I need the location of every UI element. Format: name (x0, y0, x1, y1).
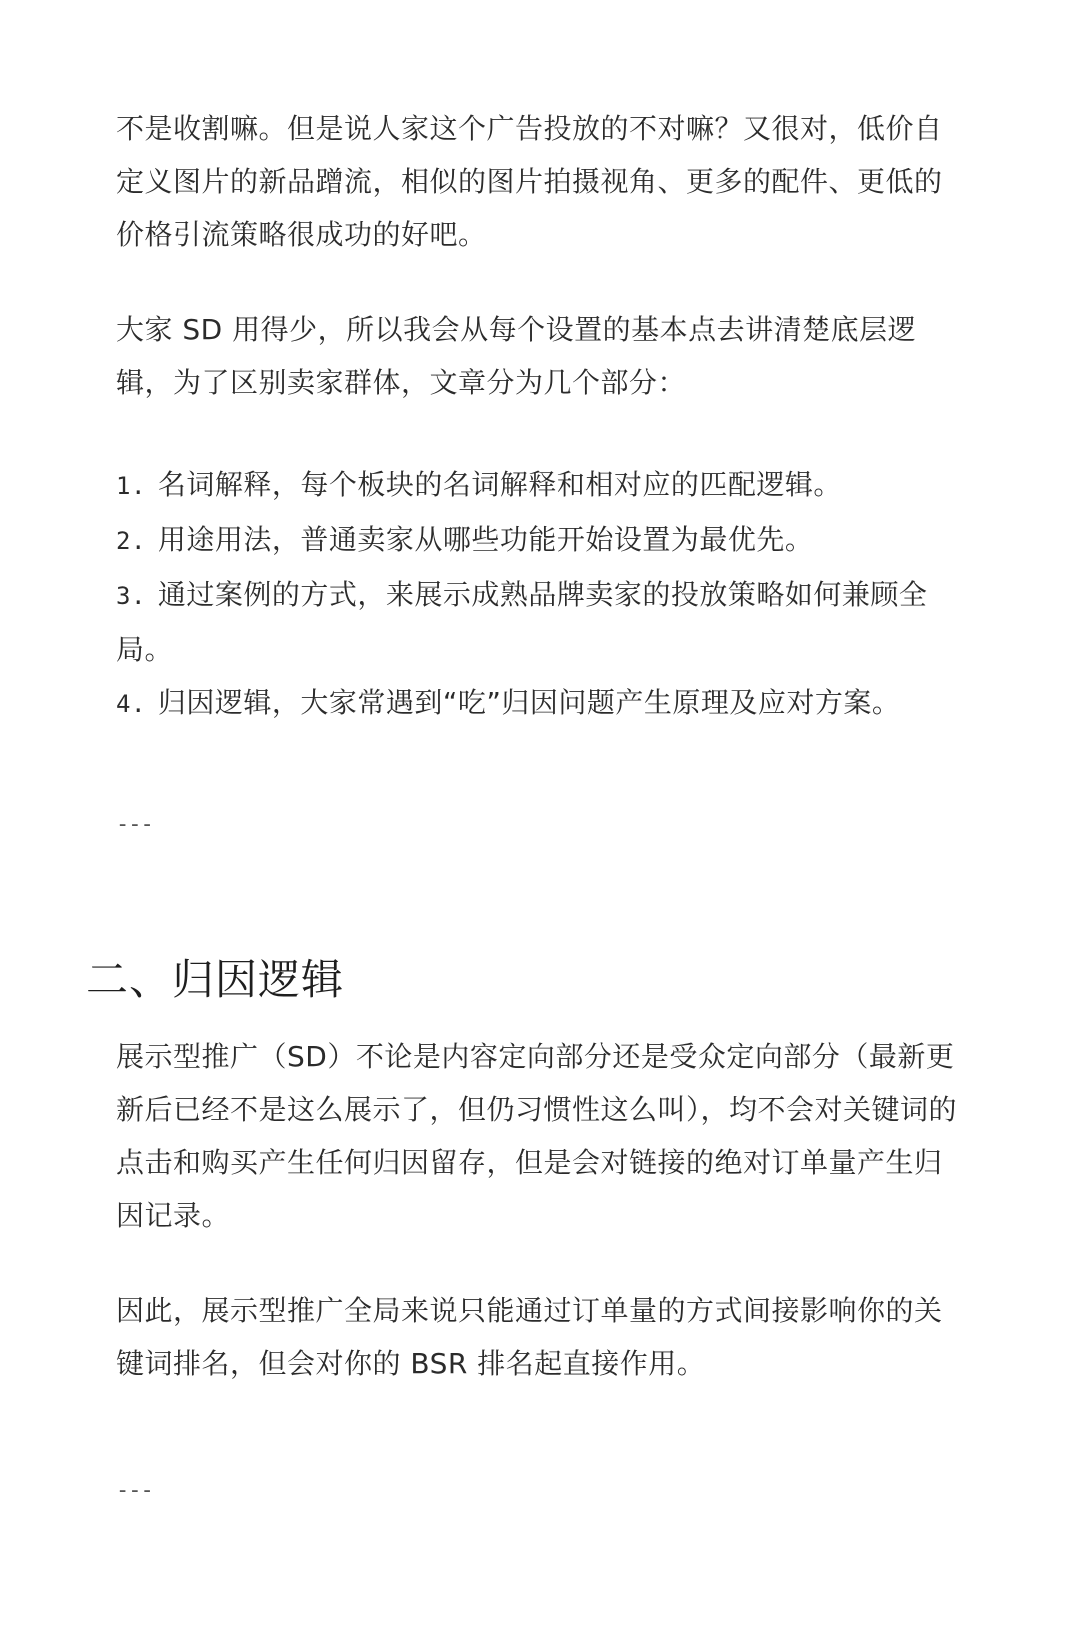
list-item: 1.名词解释，每个板块的名词解释和相对应的匹配逻辑。 (116, 458, 966, 513)
divider-marker: --- (116, 812, 153, 837)
list-number: 3. (116, 582, 146, 610)
list-text: 用途用法，普通卖家从哪些功能开始设置为最优先。 (158, 523, 814, 556)
outline-list: 1.名词解释，每个板块的名词解释和相对应的匹配逻辑。 2.用途用法，普通卖家从哪… (116, 458, 966, 731)
intro-paragraph-2: 大家 SD 用得少，所以我会从每个设置的基本点去讲清楚底层逻辑，为了区别卖家群体… (116, 303, 966, 409)
list-text: 归因逻辑，大家常遇到“吃”归因问题产生原理及应对方案。 (158, 686, 901, 719)
section-paragraph-1: 展示型推广（SD）不论是内容定向部分还是受众定向部分（最新更新后已经不是这么展示… (116, 1030, 966, 1242)
intro-paragraph-1: 不是收割嘛。但是说人家这个广告投放的不对嘛？又很对，低价自定义图片的新品蹭流，相… (116, 102, 966, 261)
list-item: 3.通过案例的方式，来展示成熟品牌卖家的投放策略如何兼顾全局。 (116, 568, 966, 676)
divider-marker: --- (116, 1478, 153, 1503)
list-number: 2. (116, 527, 146, 555)
list-item: 2.用途用法，普通卖家从哪些功能开始设置为最优先。 (116, 513, 966, 568)
list-number: 1. (116, 472, 146, 500)
list-text: 名词解释，每个板块的名词解释和相对应的匹配逻辑。 (158, 468, 842, 501)
list-number: 4. (116, 690, 146, 718)
list-text: 通过案例的方式，来展示成熟品牌卖家的投放策略如何兼顾全局。 (116, 578, 927, 666)
list-item: 4.归因逻辑，大家常遇到“吃”归因问题产生原理及应对方案。 (116, 676, 966, 731)
section-paragraph-2: 因此，展示型推广全局来说只能通过订单量的方式间接影响你的关键词排名，但会对你的 … (116, 1284, 966, 1390)
section-title: 二、归因逻辑 (86, 952, 344, 1008)
